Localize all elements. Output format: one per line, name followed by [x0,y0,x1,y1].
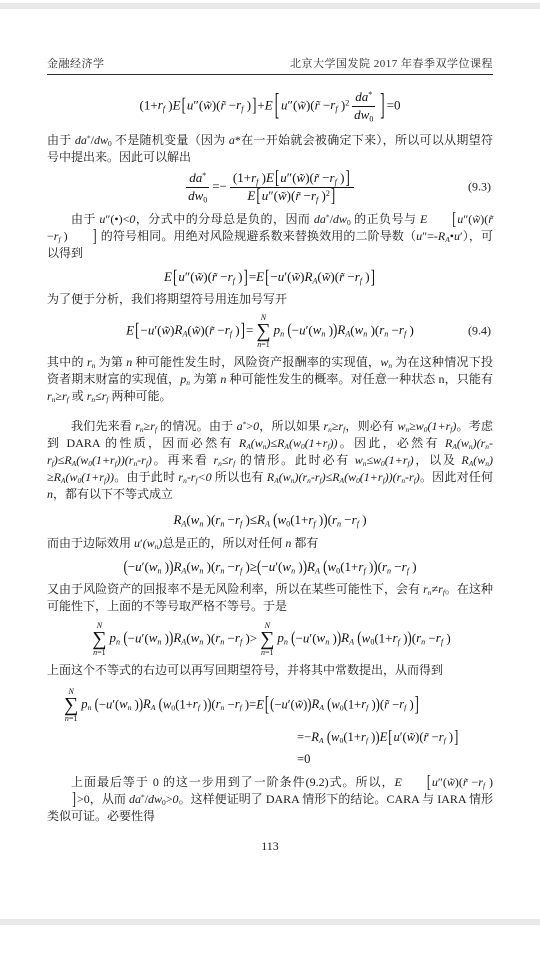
equation-label-9-3: (9.3) [468,180,491,195]
equation-body: (−u′(wn ))RA(wn )(rn −rf )≥(−u′(wn ))RA … [123,559,416,575]
paragraph-derivative-extract: 由于 da*/dw0 不是随机变量（因为 a*在一开始就会被确定下来），所以可以… [47,132,493,166]
paragraph-rewrite-expectation: 上面这个不等式的右边可以再写回期望符号，并将其中常数提出，从而得到 [47,662,493,679]
equation-body: N∑n=1pn (−u′(wn ))RA(wn )(rn −rf )>N∑n=1… [89,622,450,657]
equation-body: RA(wn )(rn −rf )≤RA (w0(1+rf ))(rn −rf ) [173,512,366,528]
paragraph-sign-analysis: 由于 u″(•)<0，分式中的分母总是负的，因而 da*/dw0 的正负号与 E… [47,211,493,262]
page-number: 113 [47,839,493,854]
equation-9-4: E[−u′(w̃)RA(w̃)(r̃ −rf )]=N∑n=1pn (−u′(w… [47,314,493,349]
paragraph-expand-expectation: 为了便于分析，我们将期望符号用连加号写开 [47,291,493,308]
header-course-title: 金融经济学 [47,55,105,71]
derivation-line-3: =0 [297,752,493,767]
equation-body: E[−u′(w̃)RA(w̃)(r̃ −rf )]=N∑n=1pn (−u′(w… [126,314,414,349]
equation-9-3: da*dw0=−(1+rf )E[u″(w̃)(r̃ −rf )]E[u″(w̃… [47,171,493,204]
equation-risk-aversion-substitution: E[u″(w̃)(r̃ −rf )]=E[−u′(w̃)RA(w̃)(r̃ −r… [47,269,493,285]
equation-body: E[u″(w̃)(r̃ −rf )]=E[−u′(w̃)RA(w̃)(r̃ −r… [164,269,376,285]
inequality-risk-aversion: RA(wn )(rn −rf )≤RA (w0(1+rf ))(rn −rf ) [47,512,493,528]
page-separator-bottom [0,919,540,925]
inequality-marginal-utility: (−u′(wn ))RA(wn )(rn −rf )≥(−u′(wn ))RA … [47,559,493,575]
document-page: 金融经济学 北京大学国发院 2017 年春季双学位课程 (1+rf )E[u″(… [47,55,493,854]
paragraph-strict-inequality: 又由于风险资产的回报率不是无风险利率，所以在某些可能性下，会有 rn≠rf。在这… [47,581,493,615]
equation-body: da*dw0=−(1+rf )E[u″(w̃)(r̃ −rf )]E[u″(w̃… [183,171,357,204]
equation-body: (1+rf )E[u″(w̃)(r̃ −rf )]+E[u″(w̃)(r̃ −r… [140,90,401,123]
equation-derivation-block: N∑n=1pn (−u′(wn ))RA (w0(1+rf ))(rn −rf … [47,688,493,767]
derivation-line-1: N∑n=1pn (−u′(wn ))RA (w0(1+rf ))(rn −rf … [61,688,493,723]
header-course-info: 北京大学国发院 2017 年春季双学位课程 [290,55,493,71]
paragraph-marginal-utility: 而由于边际效用 u′(wn)总是正的，所以对任何 n 都有 [47,535,493,552]
inequality-summation: N∑n=1pn (−u′(wn ))RA(wn )(rn −rf )>N∑n=1… [47,622,493,657]
paragraph-notation-definition: 其中的 rn 为第 n 种可能性发生时，风险资产报酬率的实现值，wn 为在这种情… [47,354,493,405]
paragraph-conclusion: 上面最后等于 0 的这一步用到了一阶条件(9.2)式。所以，E[u″(w̃)(r… [47,774,493,825]
page-header: 金融经济学 北京大学国发院 2017 年春季双学位课程 [47,55,493,75]
page-separator-top [0,3,540,9]
equation-label-9-4: (9.4) [468,324,491,339]
paragraph-dara-case-analysis: 我们先来看 rn≥rf 的情况。由于 a*>0，所以如果 rn≥rf，则必有 w… [47,418,493,503]
derivation-line-2: =−RA (w0(1+rf ))E[u′(w̃)(r̃ −rf )] [297,730,493,745]
equation-foc-differentiated: (1+rf )E[u″(w̃)(r̃ −rf )]+E[u″(w̃)(r̃ −r… [47,90,493,123]
